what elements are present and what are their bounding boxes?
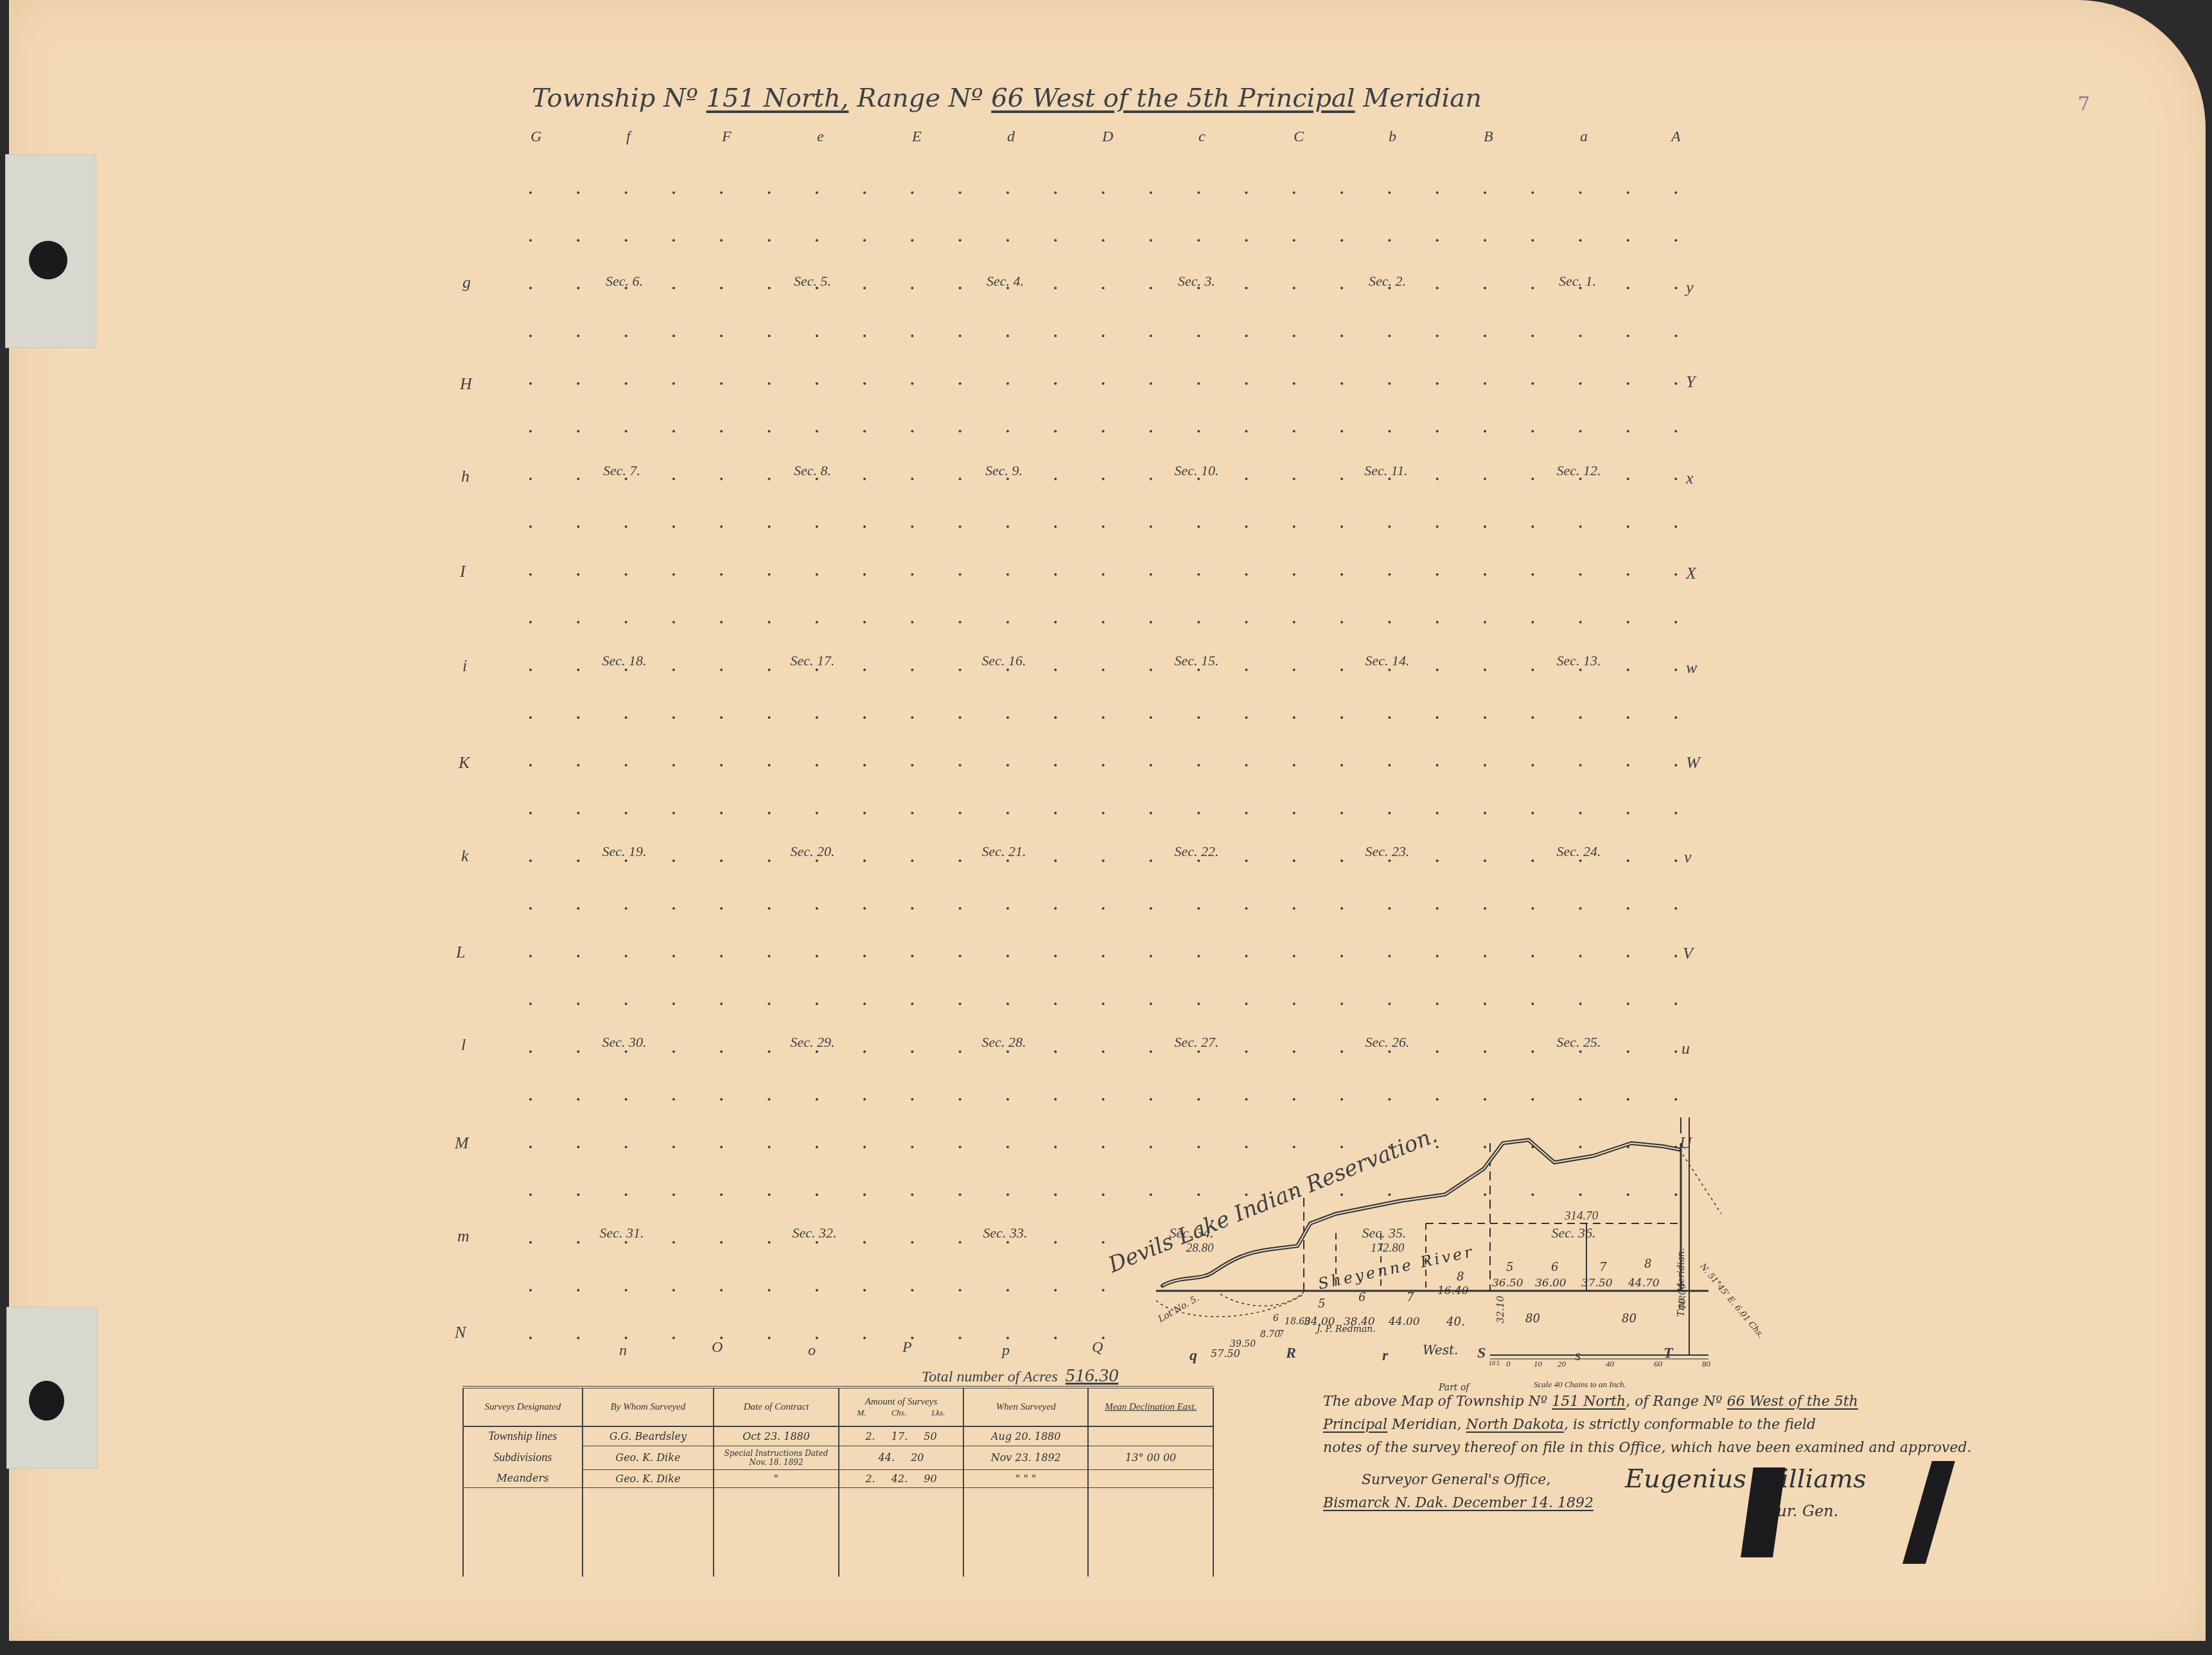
table-row: Meanders Geo. K. Dike " 2. 42. 90 " " "	[463, 1469, 1213, 1487]
total-acres-label: Total number of Acres	[922, 1369, 1058, 1385]
col-header: By Whom Surveyed	[583, 1387, 714, 1426]
lot-number: 8	[1644, 1257, 1651, 1271]
lot-number: 7	[1407, 1291, 1414, 1304]
lot-acres: 18.60	[1285, 1317, 1310, 1327]
lot-acres: 44.70	[1628, 1277, 1660, 1290]
lot-acres: 37.50	[1581, 1277, 1613, 1290]
lot-acres: 44.00	[1389, 1315, 1420, 1328]
scale-tick: 5	[1497, 1360, 1500, 1367]
chain-distance: 32.10	[1495, 1296, 1506, 1324]
lot-number: 6	[1358, 1291, 1365, 1304]
lot-number: 5	[1318, 1297, 1325, 1311]
quarter-acres: 80	[1622, 1312, 1637, 1326]
lot-number: 6	[1273, 1313, 1279, 1324]
west-label: West.	[1423, 1342, 1458, 1358]
scale-tick: 10	[1489, 1360, 1495, 1367]
scale-tick: 0	[1506, 1359, 1511, 1369]
col-header: When Surveyed	[963, 1387, 1088, 1426]
lot-number: 7	[1278, 1329, 1284, 1340]
scale-tick: 20	[1558, 1359, 1566, 1369]
table-row: Subdivisions Geo. K. Dike Special Instru…	[463, 1446, 1213, 1469]
quarter-acres: 40.	[1446, 1315, 1465, 1329]
col-header: Amount of Surveys M. Chs. Lks.	[839, 1387, 963, 1426]
amount-subheaders: M. Chs. Lks.	[845, 1408, 958, 1418]
lot-acres: 16.40	[1437, 1284, 1469, 1297]
table-header-row: Surveys Designated By Whom Surveyed Date…	[463, 1387, 1213, 1426]
part-of-insert: Part of	[1439, 1376, 1470, 1399]
scale-tick: 60	[1654, 1359, 1662, 1369]
lot-number: 8	[1457, 1270, 1464, 1284]
total-acres-value: 516.30	[1066, 1365, 1119, 1386]
cert-place-date: Bismarck N. Dak. December 14. 1892	[1323, 1492, 1972, 1515]
amount-header: Amount of Surveys	[845, 1397, 958, 1408]
chain-distance: 40.00	[1676, 1283, 1688, 1311]
col-header: Surveys Designated	[463, 1387, 583, 1426]
lot-acres: 36.50	[1492, 1277, 1523, 1290]
lot-acres: 36.00	[1535, 1277, 1567, 1290]
lot-number: 6	[1551, 1261, 1558, 1274]
table-row-blank	[463, 1487, 1213, 1577]
scale-tick: 40	[1606, 1359, 1614, 1369]
quarter-acres: 80	[1525, 1312, 1540, 1326]
total-acres: Total number of Acres 516.30	[922, 1365, 1118, 1387]
lot-acres: 38.40	[1344, 1315, 1375, 1328]
col-header: Mean Declination East.	[1088, 1387, 1213, 1426]
cert-line-2: Principal Meridian, North Dakota, is str…	[1323, 1414, 1972, 1437]
certification-block: Part of The above Map of Township Nº 151…	[1323, 1390, 1972, 1515]
lot-number: 5	[1506, 1261, 1513, 1274]
lot-number: 7	[1599, 1261, 1606, 1274]
chain-distance: 39.50	[1230, 1339, 1256, 1349]
cert-line-3: notes of the survey thereof on file in t…	[1323, 1437, 1972, 1460]
lot-acres: 8.70	[1260, 1329, 1280, 1340]
scale-tick: 10	[1534, 1359, 1542, 1369]
survey-record-table: Surveys Designated By Whom Surveyed Date…	[462, 1386, 1214, 1577]
scale-tick: 80	[1702, 1359, 1710, 1369]
cert-line-1: The above Map of Township Nº 151 North, …	[1323, 1390, 1972, 1414]
col-header: Date of Contract	[714, 1387, 839, 1426]
table-row: Township lines G.G. Beardsley Oct 23. 18…	[463, 1426, 1213, 1446]
scale-caption: Scale 40 Chains to an Inch.	[1534, 1379, 1626, 1390]
signature: Eugenius Williams	[1625, 1467, 1866, 1491]
